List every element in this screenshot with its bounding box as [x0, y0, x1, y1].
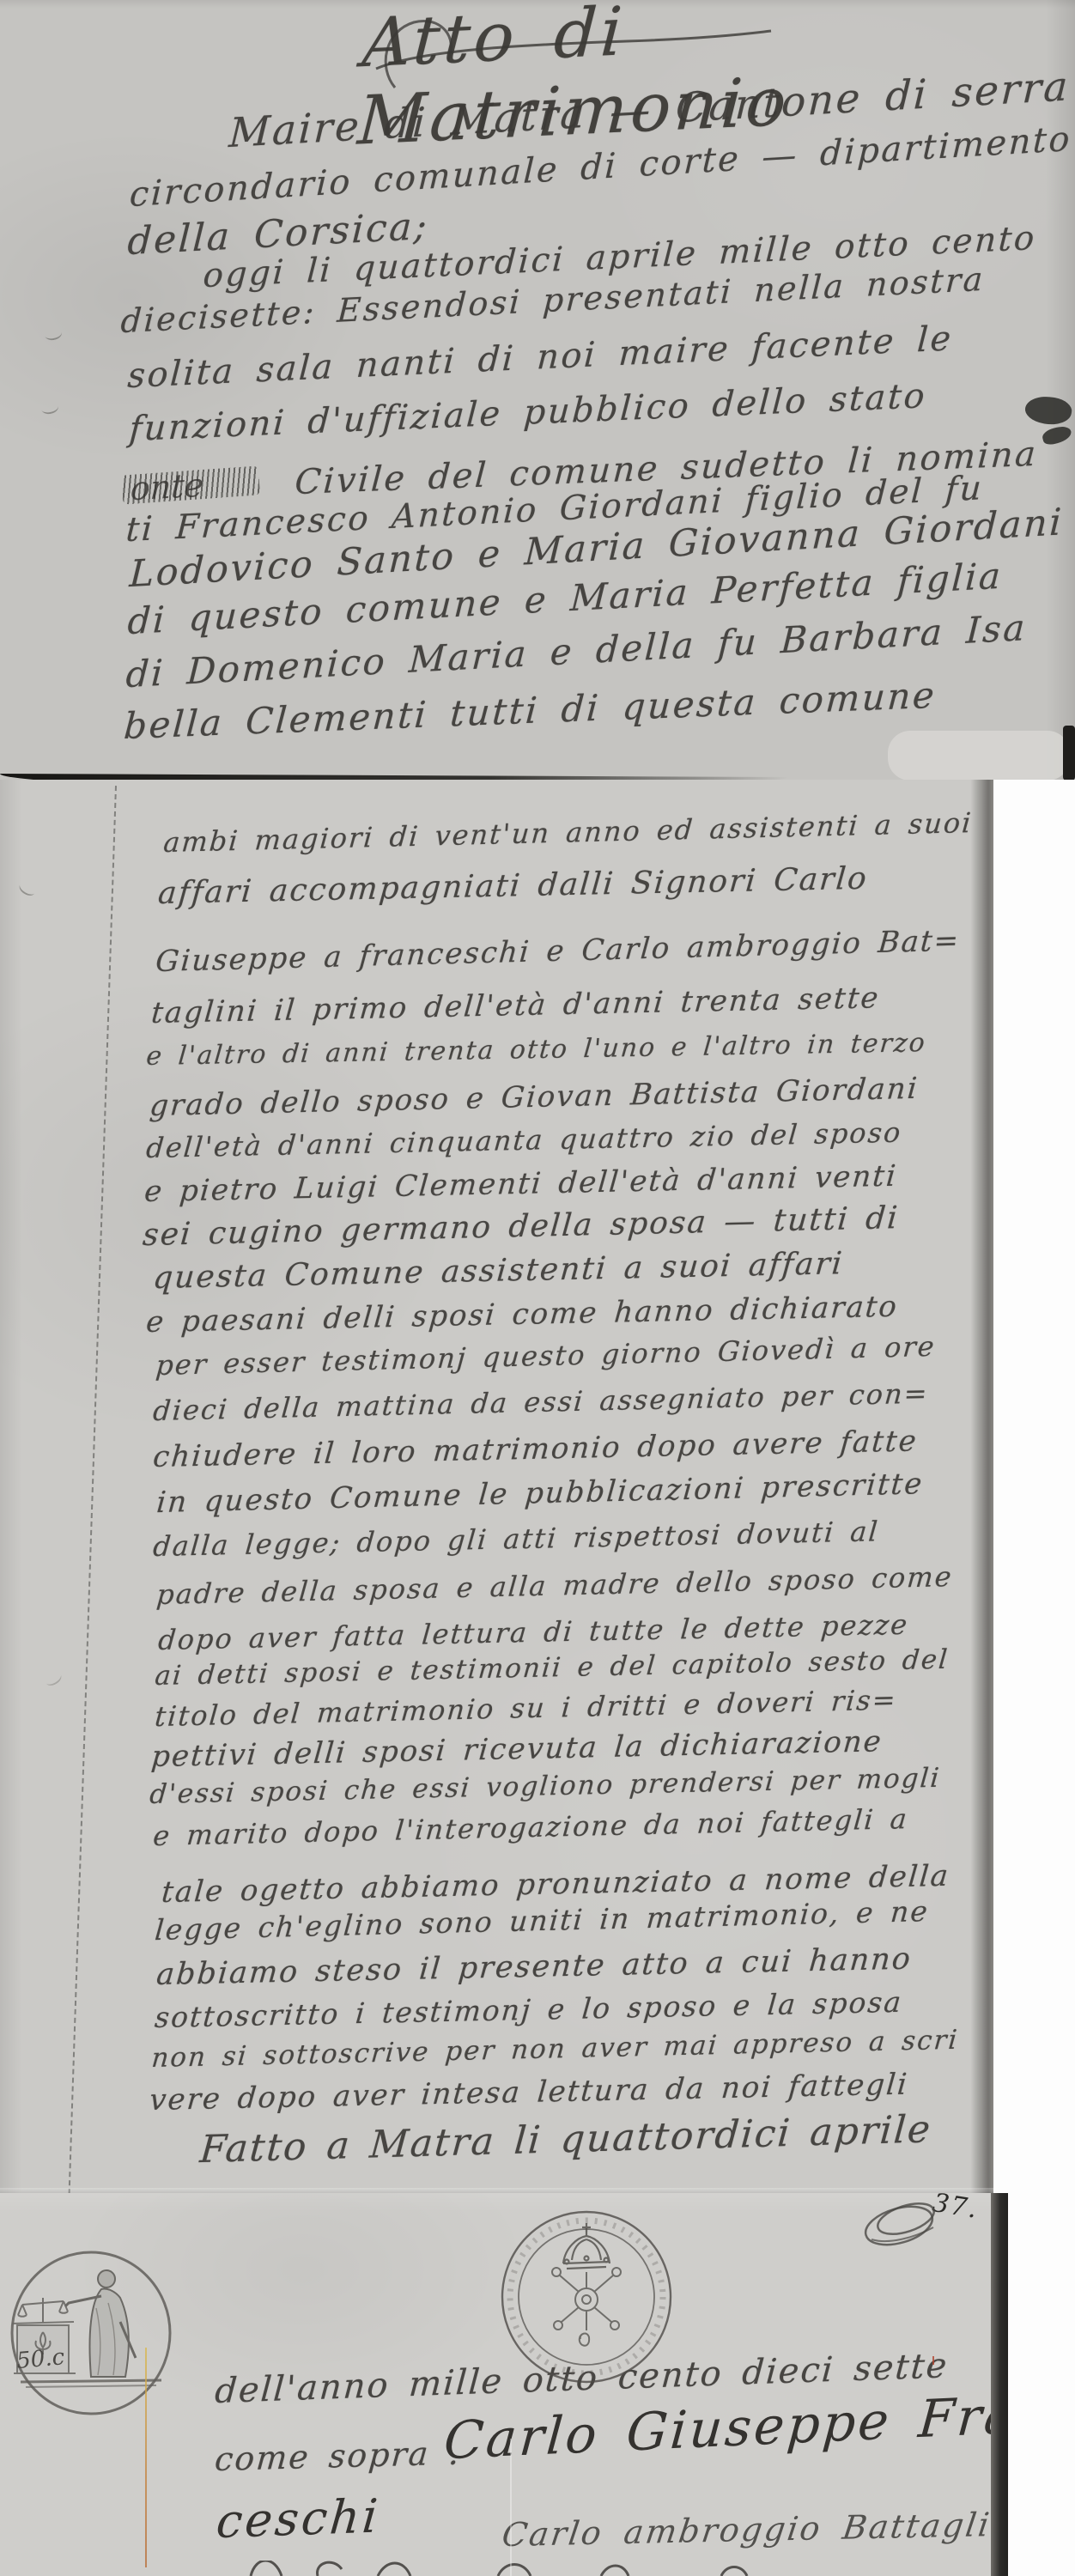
manuscript-page-scan: Atto di Matrimonio Maire di Matra — Cant…: [0, 0, 1075, 2576]
scan-background: [1008, 2193, 1075, 2576]
scan-dark-corner: [1063, 726, 1075, 781]
justice-figure-icon: [65, 2270, 136, 2377]
manuscript-line: abbiamo steso il presente atto a cui han…: [155, 1942, 914, 1993]
margin-mark: [43, 1669, 64, 1688]
margin-mark: [44, 326, 63, 342]
scan-segment-middle: ambi magiori di vent'un anno ed assisten…: [0, 780, 993, 2193]
scanner-artifact-line: [145, 2348, 147, 2567]
scanner-artifact-dot: [932, 2356, 934, 2365]
manuscript-line: chiudere il loro matrimonio dopo avere f…: [152, 1424, 920, 1474]
manuscript-line: vere dopo aver intesa lettura da noi fat…: [149, 2067, 910, 2117]
seal-center-ornament: [552, 2268, 621, 2346]
crown-icon: [563, 2223, 610, 2269]
manuscript-line: in questo Comune le pubblicazioni prescr…: [155, 1467, 925, 1520]
margin-mark: [17, 879, 38, 898]
manuscript-line: per esser testimonj questo giorno Gioved…: [155, 1330, 937, 1382]
ink-blot: [1041, 424, 1072, 447]
manuscript-line: e marito dopo l'interogazione da noi fat…: [152, 1802, 910, 1852]
scan-background: [993, 780, 1075, 2193]
scan-segment-top: Atto di Matrimonio Maire di Matra — Cant…: [0, 0, 1075, 780]
revenue-stamp: 50.c: [5, 2248, 177, 2420]
stamp-value: 50.c: [15, 2344, 66, 2374]
seal-outer-ring: [502, 2212, 671, 2382]
manuscript-line: padre della sposa e alla madre dello spo…: [155, 1560, 954, 1611]
title-flourish: [369, 15, 781, 93]
paper-edge: [970, 780, 993, 2193]
manuscript-line: ambi magiori di vent'un anno ed assisten…: [162, 806, 974, 859]
manuscript-line: dalla legge; dopo gli atti rispettosi do…: [152, 1515, 881, 1563]
scan-light-band: [888, 731, 1070, 781]
margin-mark: [40, 400, 59, 416]
manuscript-line: Fatto a Matra li quattordici aprile: [198, 2107, 933, 2172]
manuscript-line: titolo del matrimonio su i dritti e dove…: [154, 1683, 898, 1733]
pen-doodle-icon: [854, 2195, 949, 2255]
notarial-seal: [496, 2208, 677, 2389]
manuscript-line: come sopra .: [214, 2434, 463, 2479]
manuscript-line: dieci della mattina da essi assegniato p…: [152, 1377, 930, 1428]
paper-edge: [991, 2193, 1008, 2576]
manuscript-line: Giuseppe a franceschi e Carlo ambroggio …: [155, 923, 962, 979]
manuscript-line: taglini il primo dell'età d'anni trenta …: [150, 981, 882, 1030]
manuscript-line: affari accompagniati dalli Signori Carlo: [157, 861, 870, 911]
manuscript-line: dell'età d'anni cinquanta quattro zio de…: [145, 1116, 903, 1165]
manuscript-line: non si sottoscrive per non aver mai appr…: [150, 2025, 960, 2074]
manuscript-line: questa Comune assistenti a suoi affari: [152, 1246, 845, 1296]
scales-icon: [18, 2298, 68, 2322]
manuscript-line: e paesani delli sposi come hanno dichiar…: [145, 1290, 900, 1340]
seal-border-text: [510, 2221, 663, 2373]
ink-blot: [1023, 393, 1074, 428]
partial-signature-strokes: [240, 2561, 841, 2576]
manuscript-line: e pietro Luigi Clementi dell'età d'anni …: [143, 1159, 899, 1209]
manuscript-line: sottoscritto i testimonj e lo sposo e la…: [154, 1985, 904, 2034]
manuscript-line: e l'altro di anni trenta otto l'uno e l'…: [145, 1028, 927, 1072]
manuscript-line: sei cugino germano della sposa — tutti d…: [142, 1200, 901, 1253]
paper-crease: [510, 2439, 512, 2576]
manuscript-line: grado dello sposo e Giovan Battista Gior…: [149, 1072, 920, 1123]
signature-franceschi-continued: ceschi: [214, 2488, 382, 2549]
